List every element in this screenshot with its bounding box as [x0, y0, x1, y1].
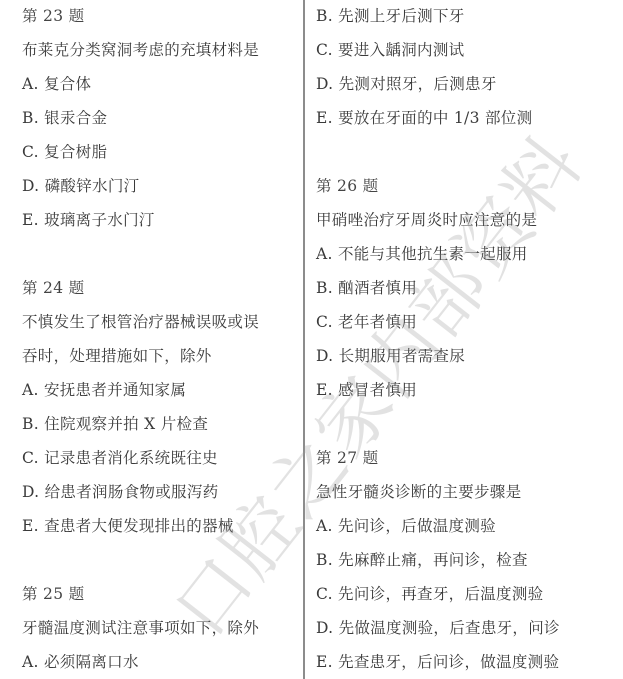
question-27-stem: 急性牙髓炎诊断的主要步骤是	[316, 475, 616, 509]
question-23-stem: 布莱克分类窝洞考虑的充填材料是	[22, 33, 300, 67]
left-column: 第 23 题 布莱克分类窝洞考虑的充填材料是 A. 复合体 B. 银汞合金 C.…	[22, 0, 300, 679]
question-23-option-e: E. 玻璃离子水门汀	[22, 203, 300, 237]
question-25-stem: 牙髓温度测试注意事项如下，除外	[22, 611, 300, 645]
question-25-option-c: C. 要进入龋洞内测试	[316, 33, 616, 67]
question-23-option-a: A. 复合体	[22, 67, 300, 101]
question-27-option-a: A. 先问诊，后做温度测验	[316, 509, 616, 543]
question-23-option-d: D. 磷酸锌水门汀	[22, 169, 300, 203]
spacer	[22, 543, 300, 577]
question-23-option-c: C. 复合树脂	[22, 135, 300, 169]
question-25-option-d: D. 先测对照牙，后测患牙	[316, 67, 616, 101]
question-27-option-c: C. 先问诊，再查牙，后温度测验	[316, 577, 616, 611]
question-27-option-b: B. 先麻醉止痛，再问诊，检查	[316, 543, 616, 577]
question-26-title: 第 26 题	[316, 169, 616, 203]
question-24-option-c: C. 记录患者消化系统既往史	[22, 441, 300, 475]
question-26-option-d: D. 长期服用者需查尿	[316, 339, 616, 373]
question-24-option-b: B. 住院观察并拍 X 片检查	[22, 407, 300, 441]
question-27-option-d: D. 先做温度测验，后查患牙，问诊	[316, 611, 616, 645]
question-24-option-d: D. 给患者润肠食物或服泻药	[22, 475, 300, 509]
exam-page: 第 23 题 布莱克分类窝洞考虑的充填材料是 A. 复合体 B. 银汞合金 C.…	[0, 0, 623, 679]
question-27-title: 第 27 题	[316, 441, 616, 475]
question-25-option-b: B. 先测上牙后测下牙	[316, 0, 616, 33]
question-24-option-a: A. 安抚患者并通知家属	[22, 373, 300, 407]
question-26-option-c: C. 老年者慎用	[316, 305, 616, 339]
question-24-title: 第 24 题	[22, 271, 300, 305]
spacer	[22, 237, 300, 271]
question-26-option-a: A. 不能与其他抗生素一起服用	[316, 237, 616, 271]
question-23-option-b: B. 银汞合金	[22, 101, 300, 135]
question-25-option-a: A. 必须隔离口水	[22, 645, 300, 679]
question-25-title: 第 25 题	[22, 577, 300, 611]
spacer	[316, 135, 616, 169]
question-25-option-e: E. 要放在牙面的中 1/3 部位测	[316, 101, 616, 135]
spacer	[316, 407, 616, 441]
question-24-option-e: E. 查患者大便发现排出的器械	[22, 509, 300, 543]
column-divider	[303, 0, 305, 679]
question-23-title: 第 23 题	[22, 0, 300, 33]
right-column: B. 先测上牙后测下牙 C. 要进入龋洞内测试 D. 先测对照牙，后测患牙 E.…	[316, 0, 616, 679]
question-26-option-e: E. 感冒者慎用	[316, 373, 616, 407]
question-26-stem: 甲硝唑治疗牙周炎时应注意的是	[316, 203, 616, 237]
question-26-option-b: B. 酗酒者慎用	[316, 271, 616, 305]
question-24-stem-line2: 吞时，处理措施如下，除外	[22, 339, 300, 373]
question-24-stem-line1: 不慎发生了根管治疗器械误吸或误	[22, 305, 300, 339]
question-27-option-e: E. 先查患牙，后问诊，做温度测验	[316, 645, 616, 679]
